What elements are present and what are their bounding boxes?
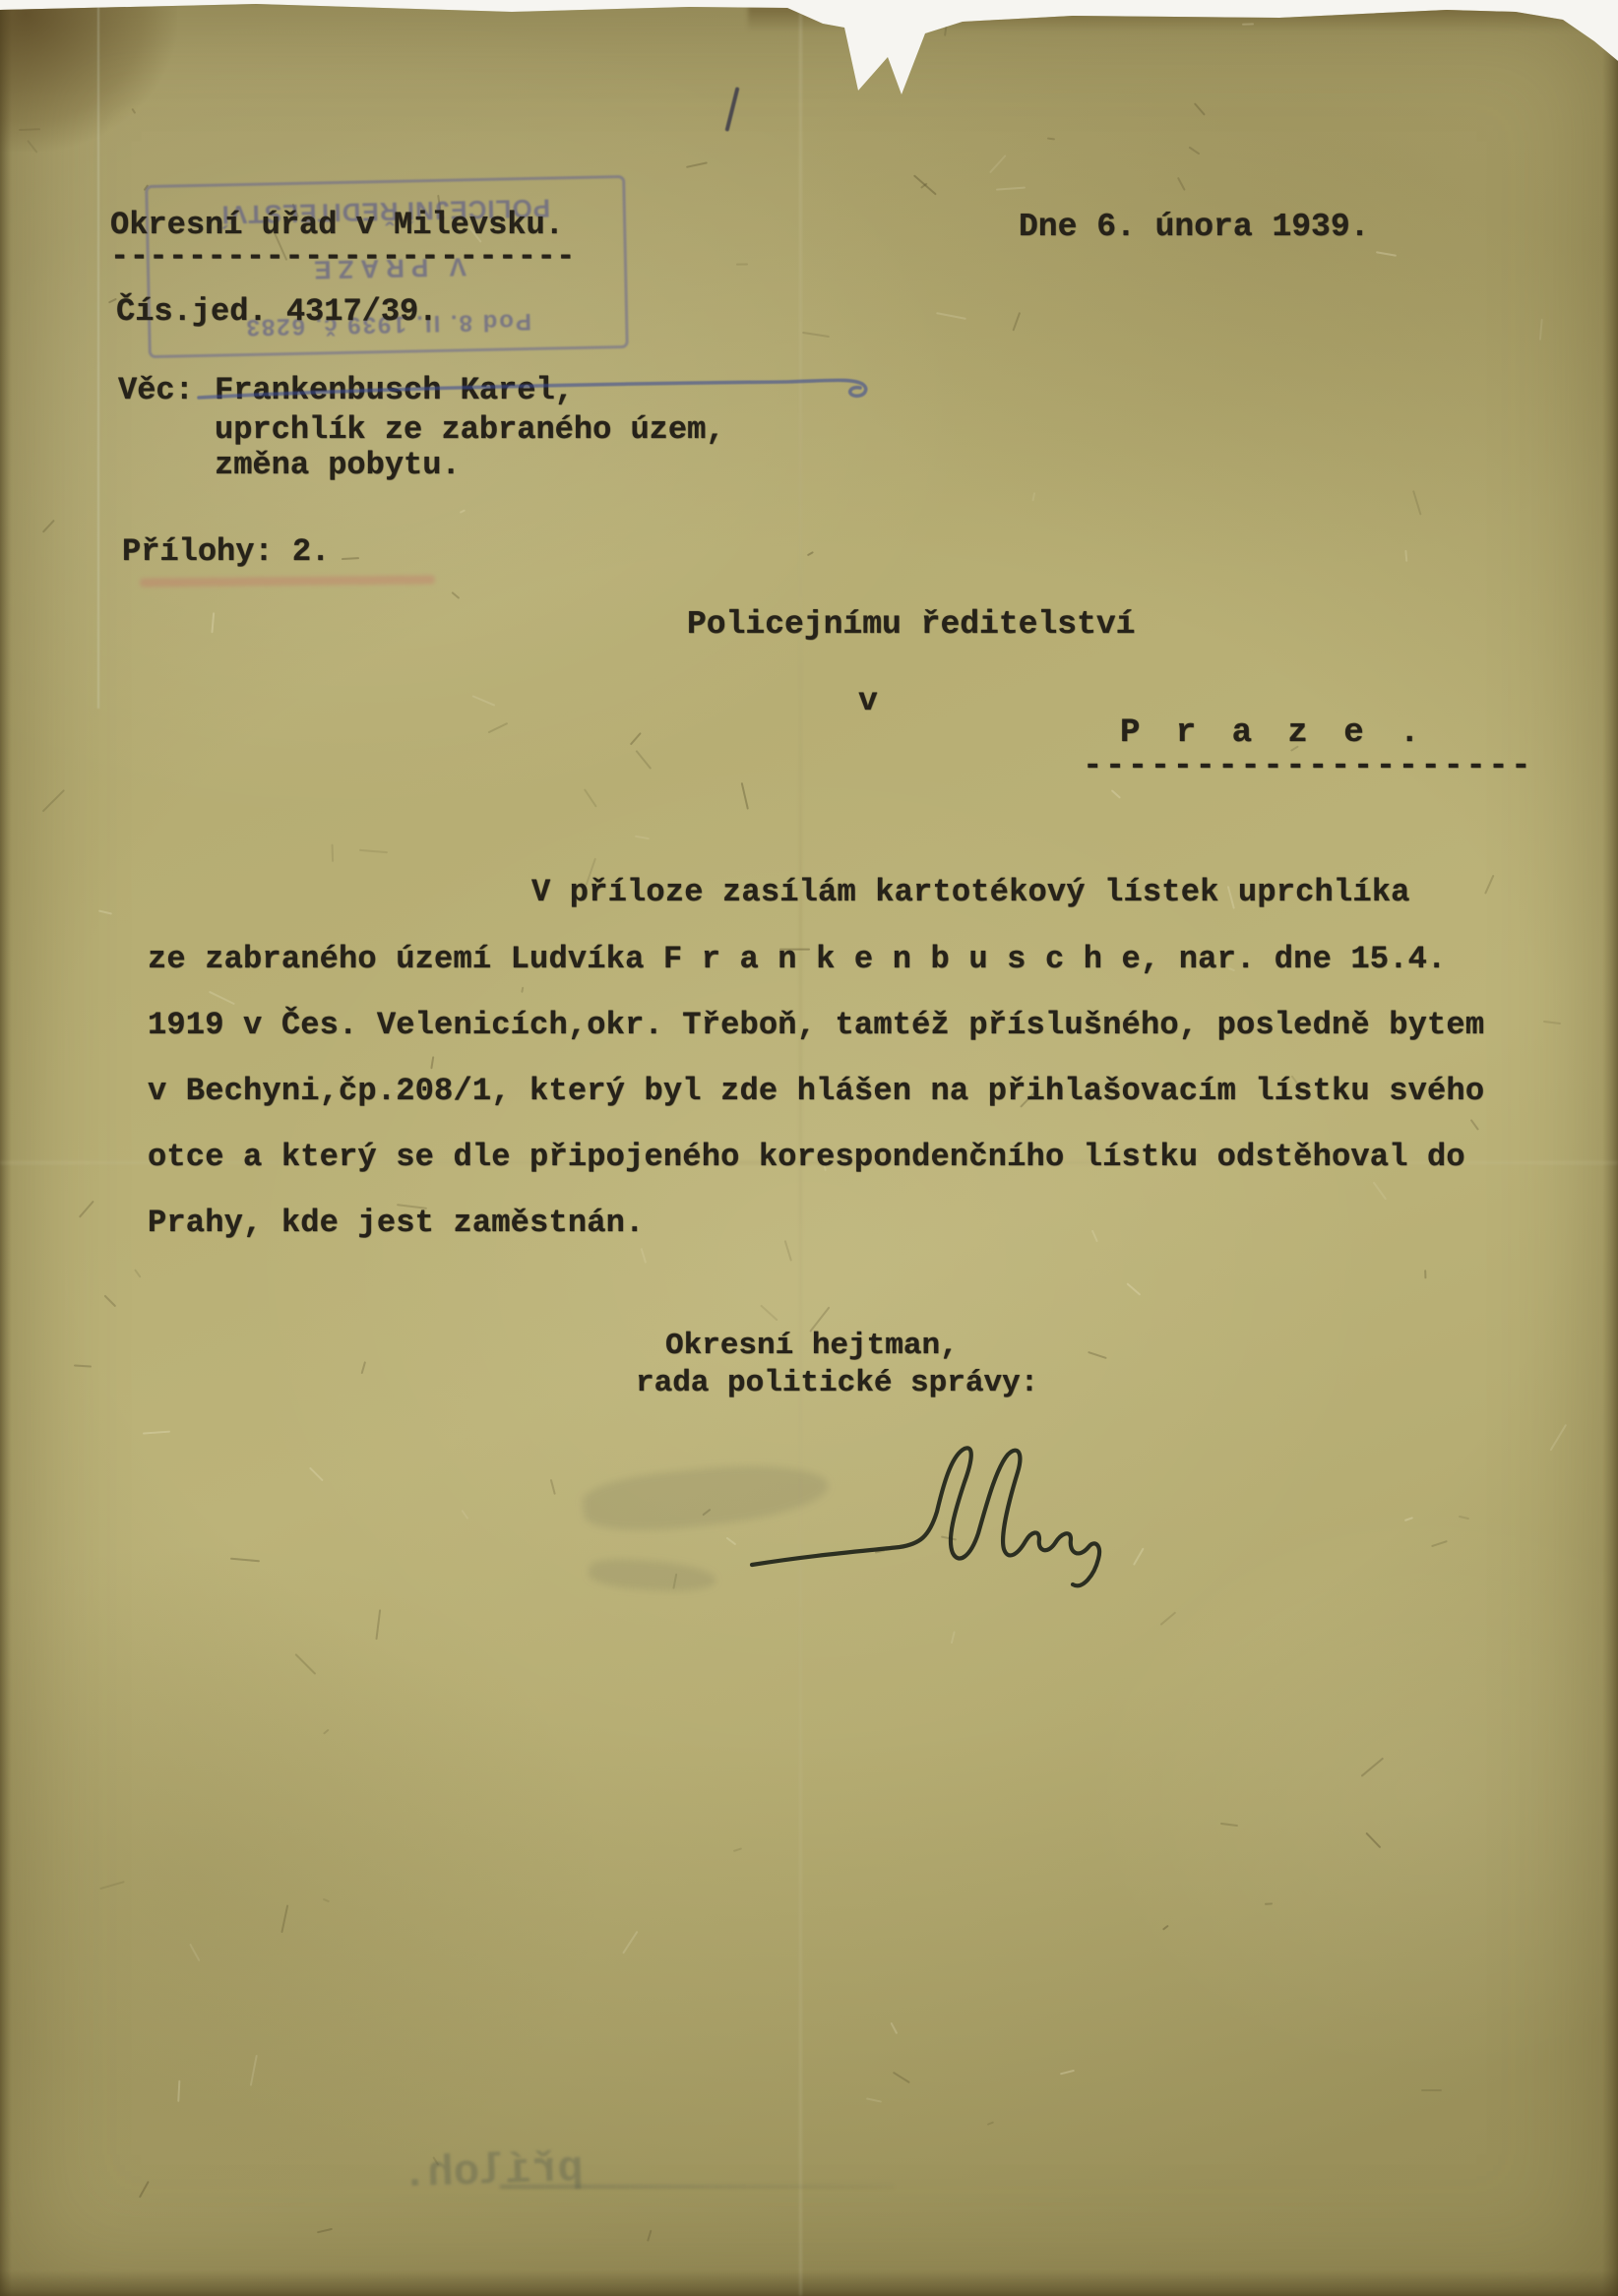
paper-fiber bbox=[760, 1305, 778, 1322]
paper-fiber bbox=[452, 591, 461, 599]
torn-edge-shadow bbox=[748, 6, 1618, 31]
paper-fiber bbox=[1013, 312, 1021, 331]
paper-edge-bottom bbox=[0, 2270, 1618, 2296]
paper-fiber bbox=[647, 2230, 652, 2242]
paper-fiber bbox=[622, 1931, 638, 1955]
paper-fiber bbox=[323, 1729, 329, 1735]
paper-fiber bbox=[1047, 138, 1055, 141]
paper-fiber bbox=[1162, 1925, 1169, 1930]
faint-red-stamp-trace bbox=[140, 575, 435, 587]
paper-fiber bbox=[1404, 1518, 1413, 1521]
paper-fiber bbox=[550, 1479, 556, 1495]
paper-fiber bbox=[462, 1510, 469, 1520]
paper-fiber bbox=[1373, 1181, 1387, 1200]
paper-fiber bbox=[807, 551, 814, 556]
paper-fiber bbox=[996, 187, 1026, 191]
subject-line3: změna pobytu. bbox=[215, 447, 461, 483]
paper-fiber bbox=[104, 1295, 116, 1307]
paper-fiber bbox=[726, 1537, 737, 1545]
paper-fiber bbox=[636, 750, 652, 770]
body-line: 1919 v Čes. Velenicích,okr. Třeboň, tamt… bbox=[148, 1007, 1484, 1043]
paper-fiber bbox=[936, 312, 966, 319]
paper-fiber bbox=[1265, 1903, 1273, 1905]
document-scan: Pod 8. II. 1939 č. 6283 V PRAZE POLICEJN… bbox=[0, 0, 1618, 2296]
paper-edge-right bbox=[1602, 39, 1618, 2296]
paper-fiber bbox=[1543, 1021, 1561, 1024]
paper-fiber bbox=[686, 162, 708, 168]
paper-fiber bbox=[1366, 1832, 1382, 1848]
paper-fiber bbox=[1194, 102, 1206, 115]
paper-fiber bbox=[1459, 1516, 1469, 1520]
paper-fiber bbox=[281, 1904, 289, 1933]
paper-fiber bbox=[635, 836, 650, 839]
paper-fiber bbox=[913, 174, 937, 195]
body-line: otce a který se dle připojeného korespon… bbox=[148, 1139, 1465, 1175]
paper-fiber bbox=[359, 849, 388, 853]
bleedthrough-mirrored-text: příloh. bbox=[401, 2144, 584, 2200]
paper-fiber bbox=[736, 264, 748, 266]
enclosures-line: Přílohy: 2. bbox=[122, 533, 330, 570]
paper-fiber bbox=[733, 1848, 742, 1852]
recipient-line2: v bbox=[858, 683, 878, 719]
closing-title-line2: rada politické správy: bbox=[636, 1366, 1038, 1400]
paper-fiber bbox=[1425, 1270, 1427, 1278]
sender-office-underline: ------------------------ bbox=[110, 238, 576, 275]
paper-fiber bbox=[893, 2072, 910, 2083]
ink-bleedthrough-blob bbox=[588, 1557, 717, 1595]
paper-fiber bbox=[1361, 1758, 1384, 1777]
paper-fiber bbox=[342, 558, 359, 561]
paper-fiber bbox=[1032, 492, 1035, 501]
date-line: Dne 6. února 1939. bbox=[1019, 209, 1369, 245]
paper-fiber bbox=[987, 2122, 994, 2126]
paper-fiber bbox=[212, 612, 215, 633]
paper-fiber bbox=[989, 155, 1006, 173]
body-line: v Bechyni,čp.208/1, který byl zde hlášen… bbox=[148, 1073, 1484, 1109]
paper-sheet: Pod 8. II. 1939 č. 6283 V PRAZE POLICEJN… bbox=[0, 0, 1618, 2296]
paper-fiber bbox=[332, 844, 334, 862]
paper-fiber bbox=[1088, 1351, 1107, 1359]
paper-fiber bbox=[802, 332, 830, 338]
paper-fiber bbox=[945, 9, 950, 36]
paper-fiber bbox=[42, 520, 55, 533]
paper-fiber bbox=[866, 2097, 882, 2102]
paper-fiber bbox=[1412, 490, 1421, 515]
body-line: Prahy, kde jest zaměstnán. bbox=[148, 1205, 644, 1241]
paper-fiber bbox=[79, 1201, 94, 1218]
paper-fiber bbox=[361, 1361, 366, 1374]
paper-fiber bbox=[784, 1240, 792, 1262]
paper-fiber bbox=[74, 1364, 92, 1367]
paper-fiber bbox=[1376, 251, 1397, 256]
handwritten-signature bbox=[744, 1439, 1167, 1650]
reference-number: Čís.jed. 4317/39. bbox=[116, 293, 437, 330]
paper-fiber bbox=[376, 1609, 381, 1640]
paper-fiber bbox=[99, 1881, 124, 1890]
paper-fiber bbox=[741, 782, 749, 810]
paper-fiber bbox=[1091, 1230, 1098, 1243]
body-line: V příloze zasílám kartotékový lístek upr… bbox=[531, 874, 1410, 910]
paper-fiber bbox=[295, 1653, 317, 1675]
left-crease bbox=[97, 0, 99, 709]
paper-fiber bbox=[891, 2022, 899, 2034]
paper-fiber bbox=[1189, 147, 1201, 155]
paper-edge-left bbox=[0, 0, 12, 2296]
subject-line2: uprchlík ze zabraného územ, bbox=[215, 411, 724, 448]
recipient-underline: -------------------- bbox=[1083, 748, 1533, 785]
pen-tick-mark bbox=[724, 87, 739, 132]
recipient-city: P r a z e . bbox=[1120, 714, 1427, 752]
paper-fiber bbox=[230, 1558, 260, 1562]
paper-fiber bbox=[488, 722, 508, 733]
paper-fiber bbox=[472, 695, 496, 706]
paper-fiber bbox=[317, 2228, 333, 2233]
closing-title-line1: Okresní hejtman, bbox=[665, 1329, 959, 1363]
paper-fiber bbox=[42, 789, 65, 812]
paper-fiber bbox=[139, 2181, 150, 2198]
paper-fiber bbox=[1431, 1540, 1448, 1547]
paper-fiber bbox=[209, 991, 235, 1005]
paper-fiber bbox=[522, 987, 525, 993]
body-line: ze zabraného území Ludvíka F r a n k e n… bbox=[148, 941, 1446, 977]
paper-fiber bbox=[630, 732, 642, 745]
subject-label: Věc: bbox=[118, 372, 194, 408]
paper-fiber bbox=[1539, 319, 1543, 341]
paper-fiber bbox=[178, 2080, 181, 2102]
paper-fiber bbox=[189, 1944, 200, 1961]
paper-fiber bbox=[1111, 789, 1121, 798]
paper-fiber bbox=[460, 510, 466, 514]
paper-fiber bbox=[584, 788, 597, 807]
paper-fiber bbox=[309, 1467, 324, 1482]
paper-fiber bbox=[1220, 1823, 1238, 1827]
paper-fiber bbox=[1485, 875, 1495, 895]
paper-fiber bbox=[1060, 2070, 1075, 2075]
paper-fiber bbox=[250, 2055, 258, 2086]
paper-fiber bbox=[1177, 177, 1185, 191]
paper-fiber bbox=[1550, 1424, 1567, 1451]
paper-fiber bbox=[1405, 550, 1408, 562]
paper-fiber bbox=[143, 1431, 170, 1435]
paper-fiber bbox=[431, 1056, 435, 1069]
paper-fiber bbox=[1421, 2089, 1442, 2091]
bleedthrough-underline bbox=[500, 2185, 894, 2189]
paper-fiber bbox=[134, 1269, 141, 1277]
paper-fiber bbox=[98, 909, 112, 914]
recipient-line1: Policejnímu ředitelství bbox=[687, 606, 1135, 643]
paper-fiber bbox=[641, 1248, 647, 1264]
paper-fiber bbox=[323, 1898, 330, 1902]
paper-fiber bbox=[1127, 1282, 1142, 1295]
paper-fiber bbox=[1470, 1119, 1479, 1130]
